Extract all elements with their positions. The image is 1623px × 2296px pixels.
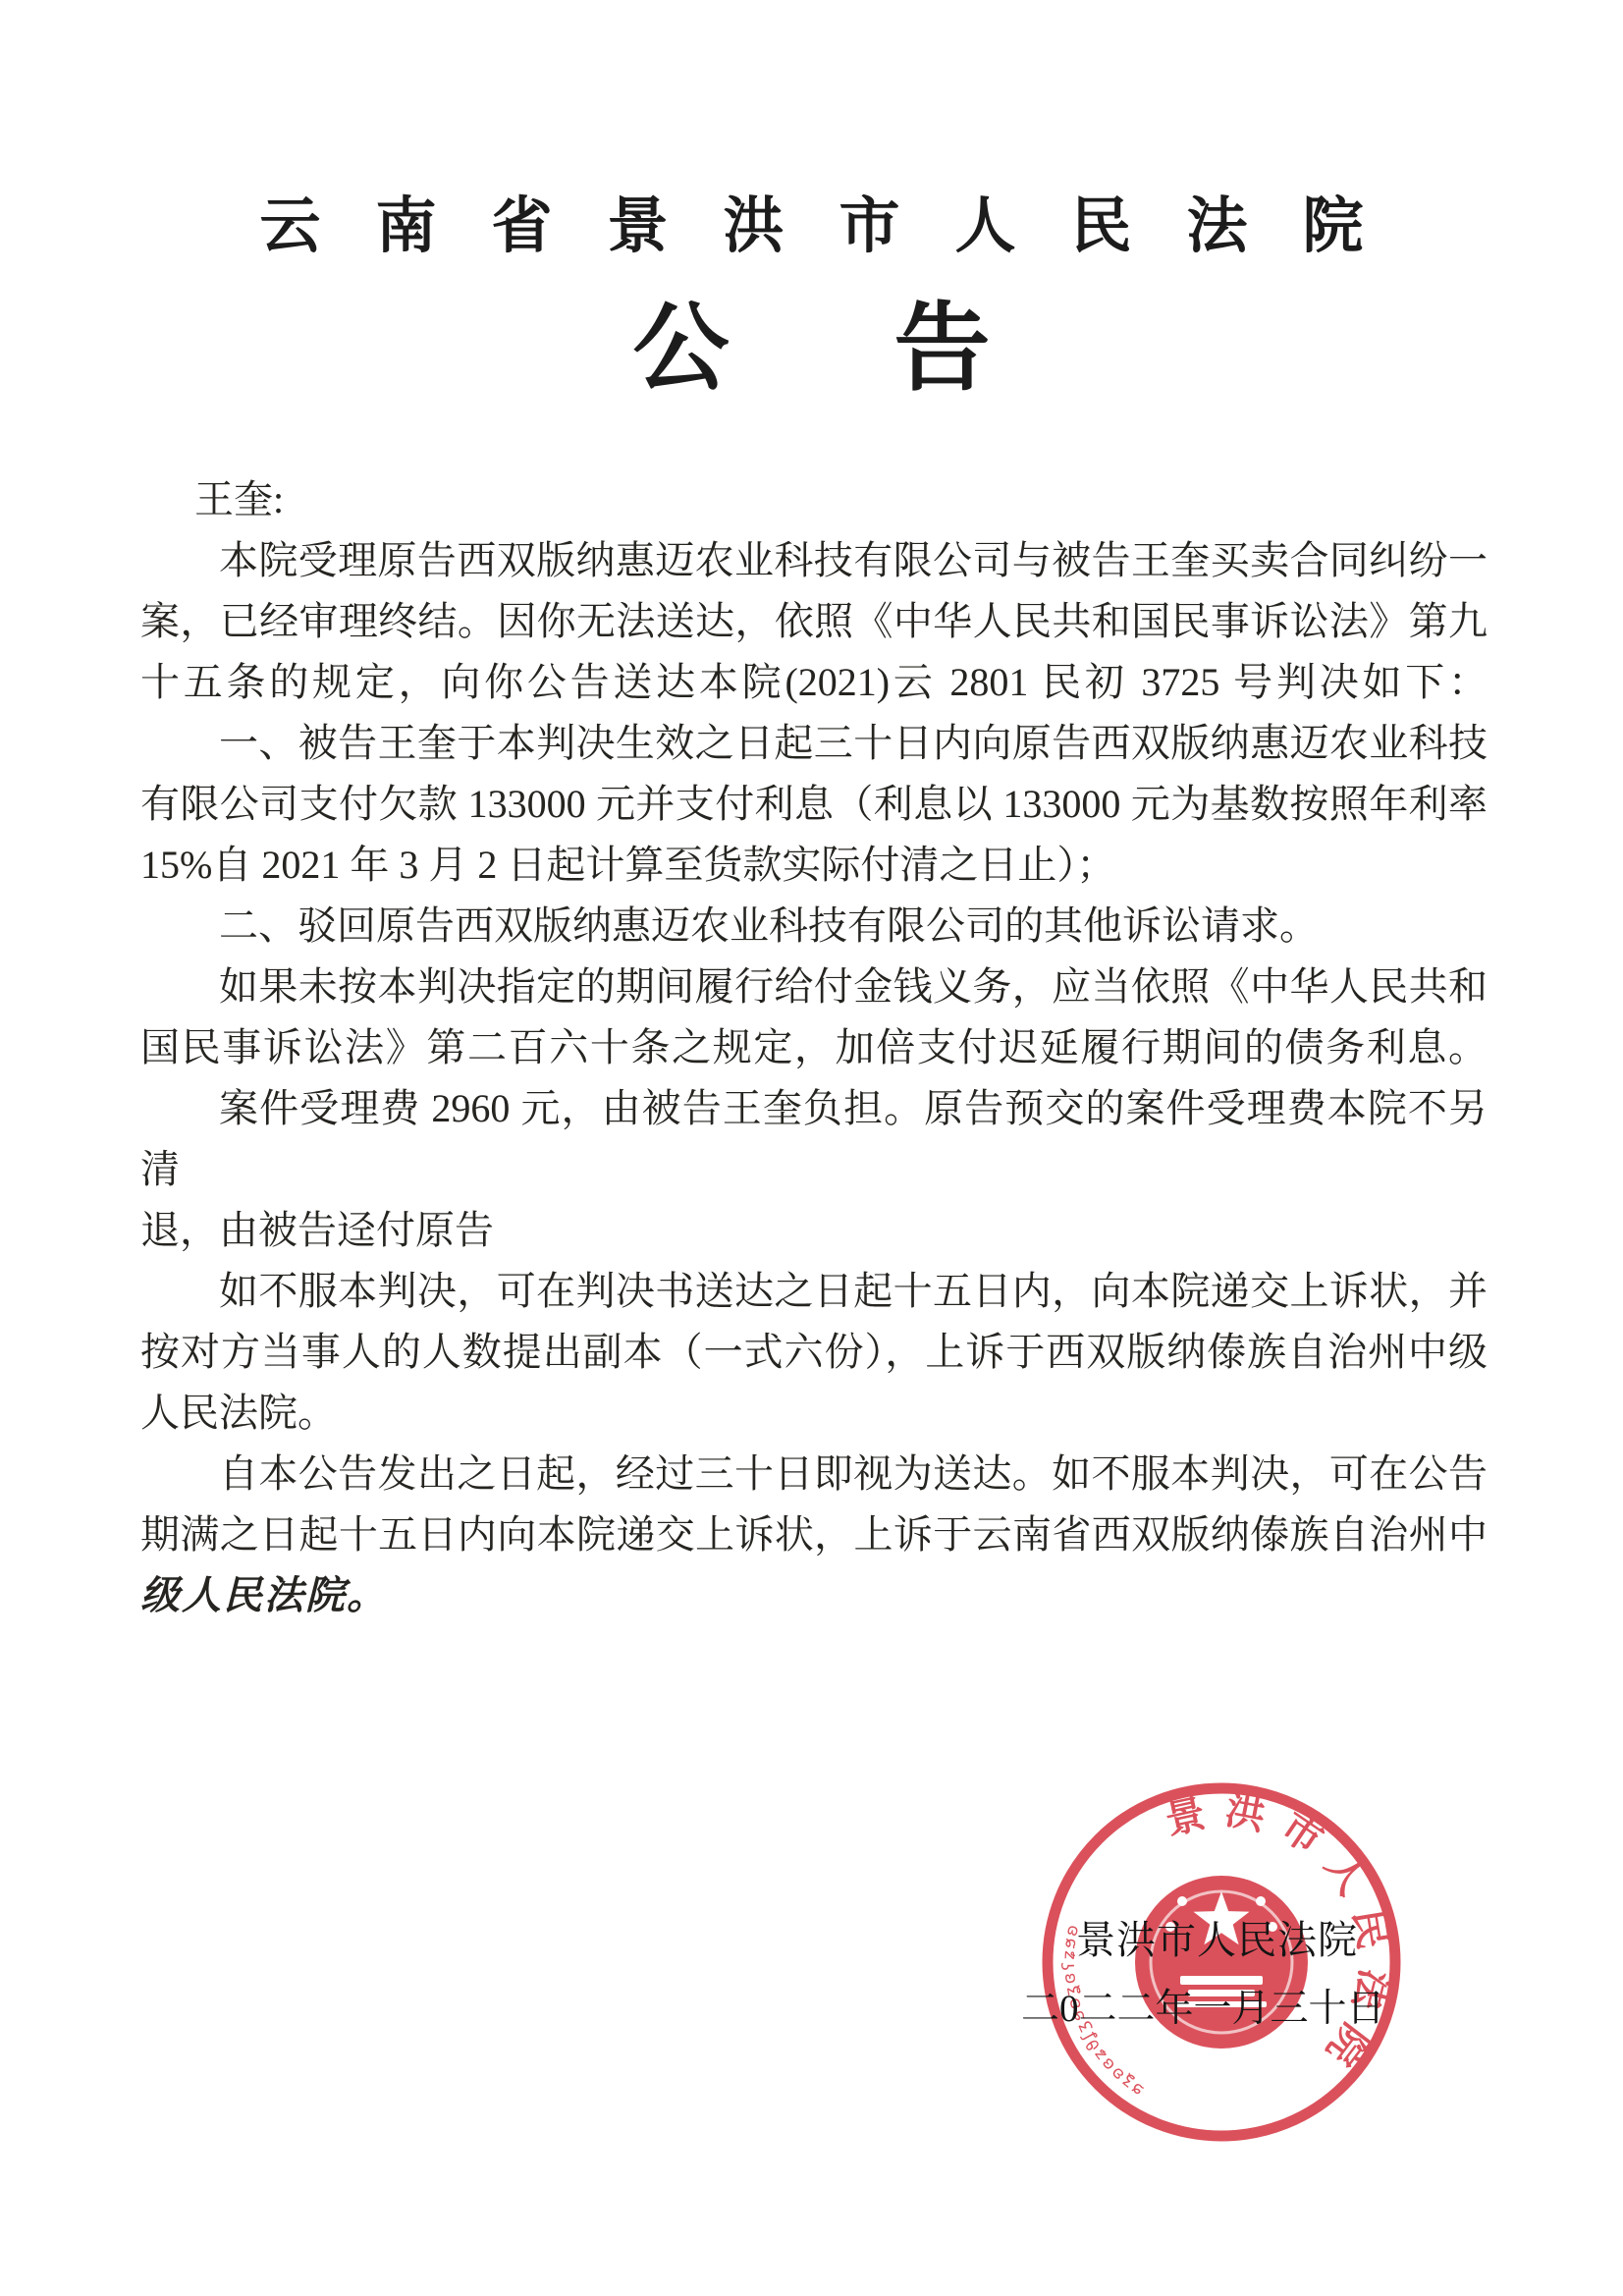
body-line: 人民法院。 xyxy=(140,1383,1488,1444)
body-line: 退，由被告迳付原告 xyxy=(140,1200,1488,1261)
emblem-small-star xyxy=(1256,1896,1266,1906)
body-line: 本院受理原告西双版纳惠迈农业科技有限公司与被告王奎买卖合同纠纷一 xyxy=(140,530,1488,591)
body-line: 有限公司支付欠款 133000 元并支付利息（利息以 133000 元为基数按照… xyxy=(140,774,1488,835)
body-line: 国民事诉讼法》第二百六十条之规定，加倍支付迟延履行期间的债务利息。 xyxy=(140,1017,1488,1078)
stamp-date: 二0二二年一月三十日 xyxy=(1021,1978,1385,2033)
emblem-small-star xyxy=(1177,1896,1187,1906)
body-line: 按对方当事人的人数提出副本（一式六份），上诉于西双版纳傣族自治州中级 xyxy=(140,1322,1488,1383)
body-line: 级人民法院。 xyxy=(140,1565,1488,1626)
body-line: 期满之日起十五日内向本院递交上诉状，上诉于云南省西双版纳傣族自治州中 xyxy=(140,1504,1488,1565)
body-line: 案件受理费 2960 元，由被告王奎负担。原告预交的案件受理费本院不另清 xyxy=(140,1078,1488,1200)
body-line: 自本公告发出之日起，经过三十日即视为送达。如不服本判决，可在公告 xyxy=(140,1444,1488,1504)
body-line: 一、被告王奎于本判决生效之日起三十日内向原告西双版纳惠迈农业科技 xyxy=(140,713,1488,774)
body-line: 二、驳回原告西双版纳惠迈农业科技有限公司的其他诉讼请求。 xyxy=(140,896,1488,957)
body-line: 如不服本判决，可在判决书送达之日起十五日内，向本院递交上诉状，并 xyxy=(140,1261,1488,1322)
body-line: 案，已经审理终结。因你无法送达，依照《中华人民共和国民事诉讼法》第九 xyxy=(140,591,1488,652)
notice-page: 云南省景洪市人民法院 公告 王奎:本院受理原告西双版纳惠迈农业科技有限公司与被告… xyxy=(0,0,1623,2296)
notice-title: 公告 xyxy=(0,271,1623,410)
court-title: 云南省景洪市人民法院 xyxy=(0,177,1623,264)
body-line: 如果未按本判决指定的期间履行给付金钱义务，应当依照《中华人民共和 xyxy=(140,957,1488,1017)
body-line: 十五条的规定，向你公告送达本院(2021)云 2801 民初 3725 号判决如… xyxy=(140,652,1488,713)
stamp-court-name: 景洪市人民法院 xyxy=(1076,1909,1358,1965)
notice-body: 王奎:本院受理原告西双版纳惠迈农业科技有限公司与被告王奎买卖合同纠纷一案，已经审… xyxy=(140,469,1488,1626)
body-line: 15%自 2021 年 3 月 2 日起计算至货款实际付清之日止）； xyxy=(140,835,1488,896)
body-line: 王奎: xyxy=(140,469,1488,530)
